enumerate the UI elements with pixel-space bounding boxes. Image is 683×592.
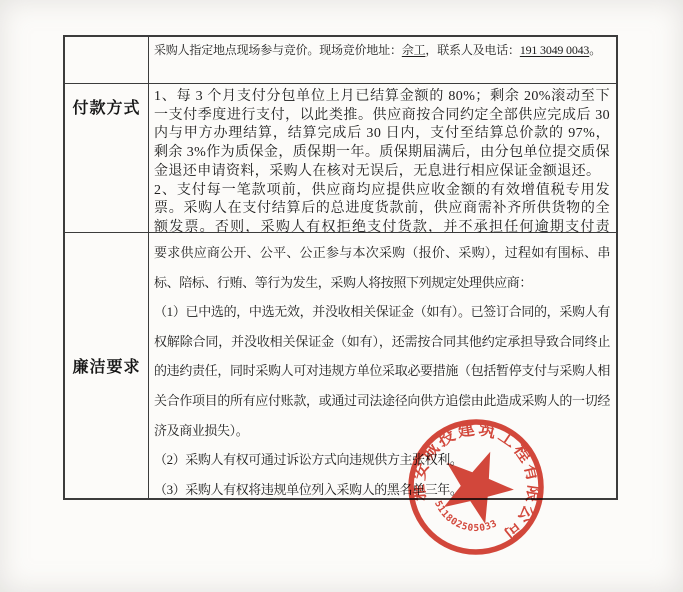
bidding-location-cell: 采购人指定地点现场参与竞价。现场竞价地址：佘工，联系人及电话：191 3049 … — [149, 37, 616, 83]
table-row-bidding-location: 采购人指定地点现场参与竞价。现场竞价地址：佘工，联系人及电话：191 3049 … — [65, 37, 616, 83]
table-row-payment-method: 付款方式 1、每 3 个月支付分包单位上月已结算金额的 80%；剩余 20%滚动… — [65, 83, 616, 232]
row-label-integrity: 廉洁要求 — [65, 233, 149, 498]
payment-clause-1: 1、每 3 个月支付分包单位上月已结算金额的 80%；剩余 20%滚动至下一支付… — [154, 88, 610, 182]
integrity-intro: 要求供应商公开、公平、公正参与本次采购（报价、采购），过程如有围标、串标、陪标、… — [154, 238, 610, 297]
table-row-integrity-requirements: 廉洁要求 要求供应商公开、公平、公正参与本次采购（报价、采购），过程如有围标、串… — [65, 232, 616, 498]
contract-terms-table: 采购人指定地点现场参与竞价。现场竞价地址：佘工，联系人及电话：191 3049 … — [63, 35, 618, 500]
integrity-requirements-cell: 要求供应商公开、公平、公正参与本次采购（报价、采购），过程如有围标、串标、陪标、… — [149, 233, 616, 498]
bidding-sentence-end: 。 — [589, 43, 601, 57]
document-page: 采购人指定地点现场参与竞价。现场竞价地址：佘工，联系人及电话：191 3049 … — [0, 0, 683, 592]
integrity-clause-2: （2）采购人有权可通过诉讼方式向违规供方主张权利。 — [154, 445, 610, 475]
payment-clause-2: 2、支付每一笔款项前，供应商均应提供应收金额的有效增值税专用发票。采购人在支付结… — [154, 182, 610, 232]
row-label-empty — [65, 37, 149, 83]
bidding-contact-phone: 191 3049 0043 — [520, 43, 589, 57]
bidding-contact-text: ，联系人及电话： — [425, 43, 519, 57]
integrity-clause-3: （3）采购人有权将违规单位列入采购人的黑名单三年。 — [154, 475, 610, 498]
payment-method-cell: 1、每 3 个月支付分包单位上月已结算金额的 80%；剩余 20%滚动至下一支付… — [149, 84, 616, 232]
integrity-requirements-label: 廉洁要求 — [72, 354, 140, 377]
integrity-clause-1: （1）已中选的，中选无效，并没收相关保证金（如有）。已签订合同的，采购人有权解除… — [154, 297, 610, 445]
bidding-location-text: 采购人指定地点现场参与竞价。现场竞价地址： — [154, 43, 402, 57]
bidding-contact-name: 佘工 — [402, 43, 426, 57]
payment-method-label: 付款方式 — [72, 95, 140, 118]
row-label-payment: 付款方式 — [65, 84, 149, 232]
